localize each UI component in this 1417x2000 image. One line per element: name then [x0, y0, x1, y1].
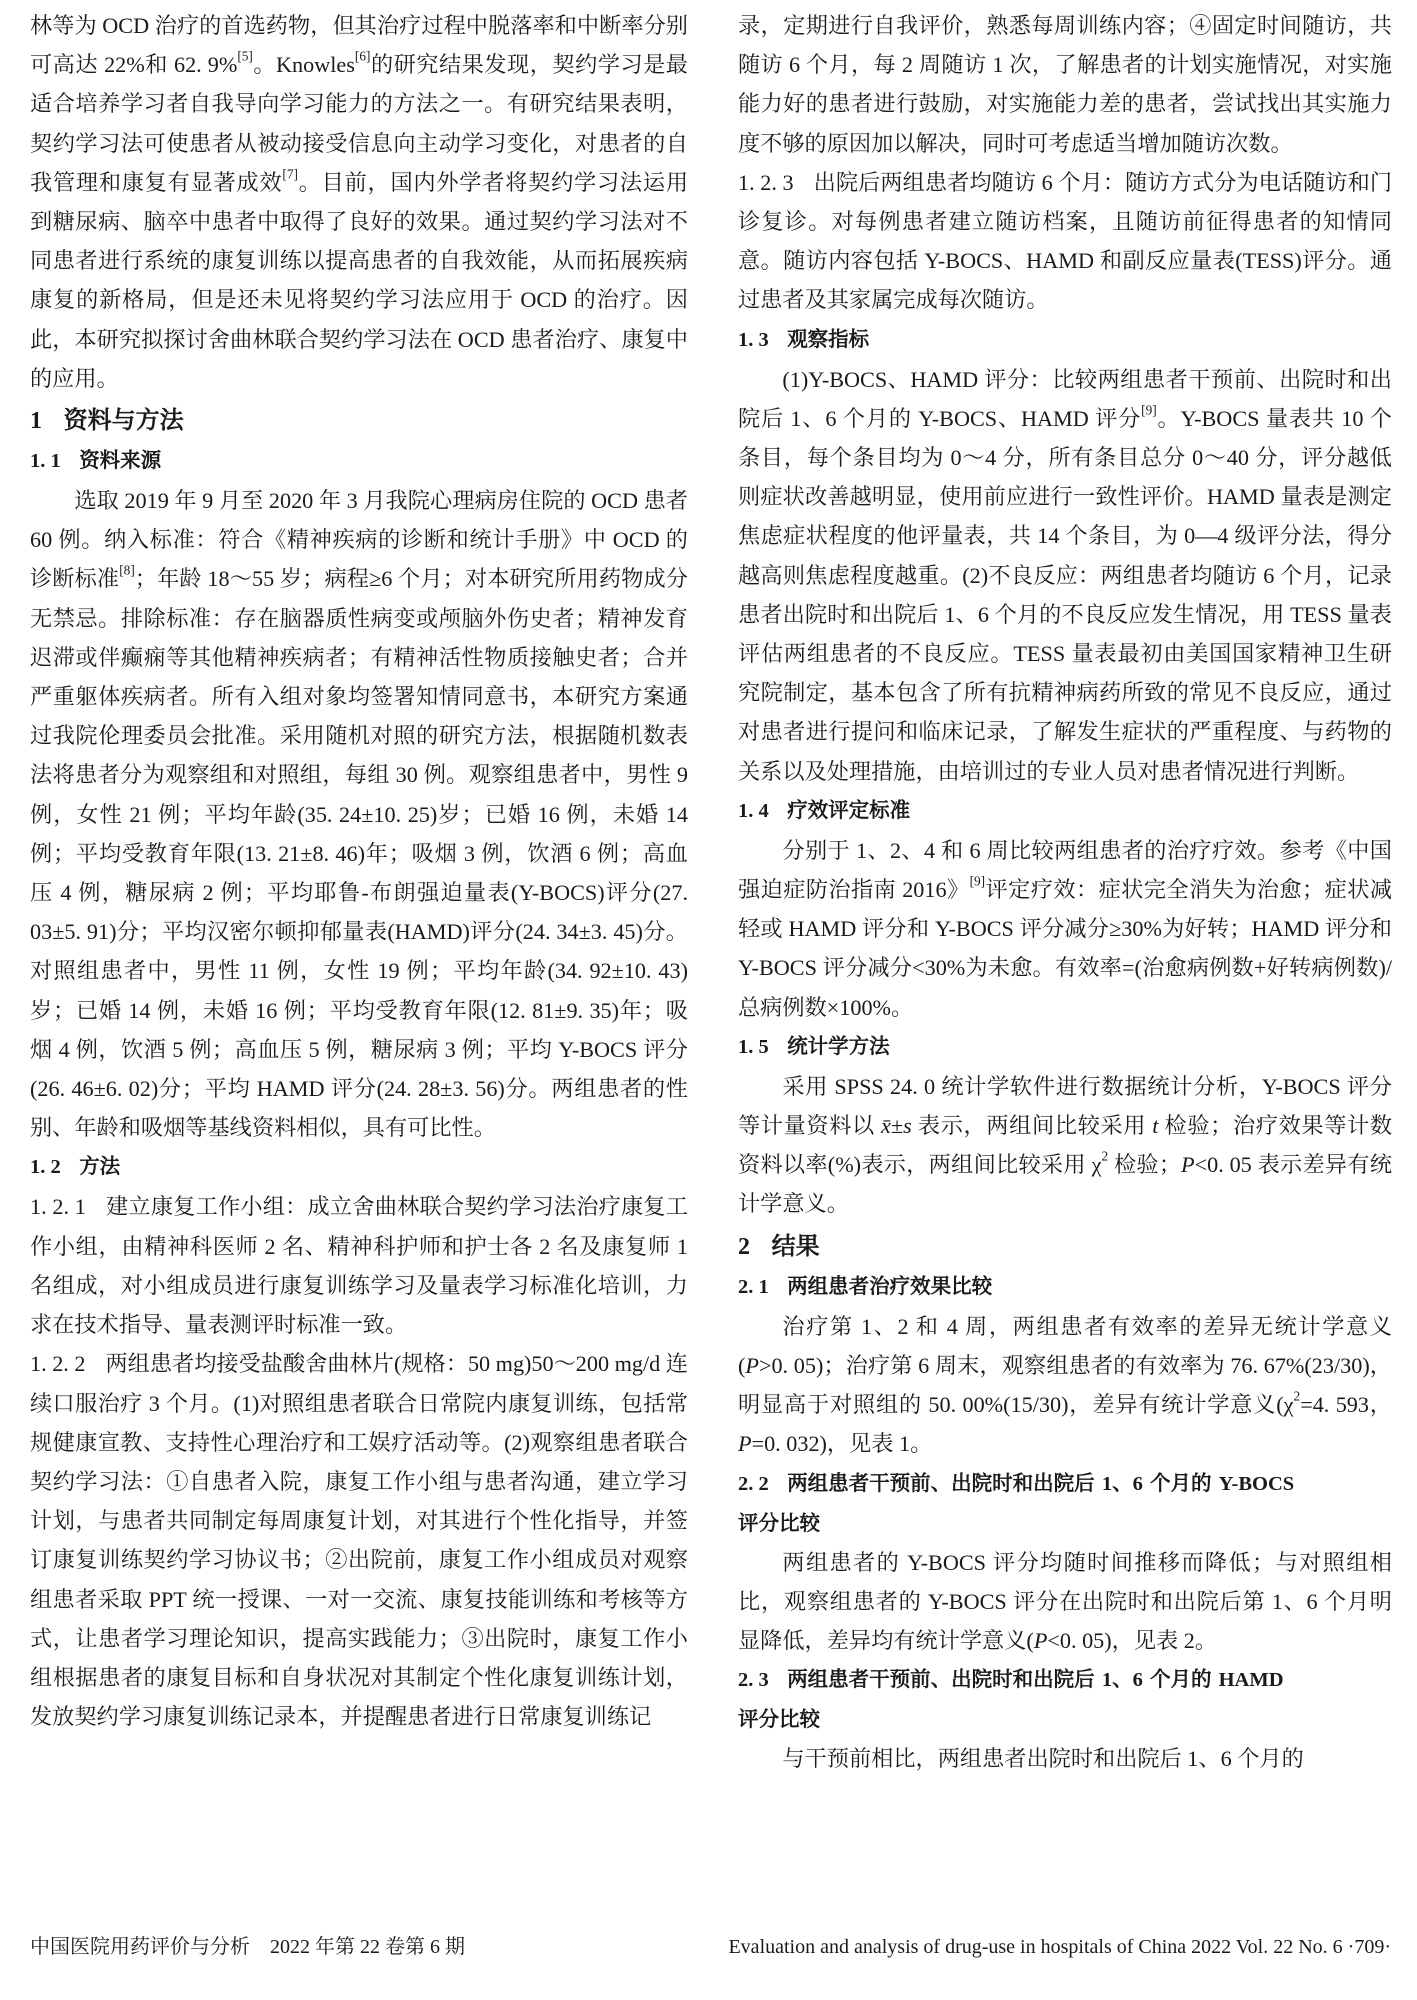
- math-p: P: [1181, 1152, 1195, 1177]
- text: =4. 593，: [1300, 1392, 1392, 1417]
- citation[interactable]: [9]: [970, 874, 986, 889]
- section-title: Y-BOCS: [1219, 1473, 1295, 1495]
- paragraph-1-2-2-continued: 录，定期进行自我评价，熟悉每周训练内容；④固定时间随访，共随访 6 个月，每 2…: [738, 6, 1392, 163]
- text: >0. 05)；治疗第 6 周末，观察组患者的有效率为 76. 67%(23/3…: [738, 1353, 1392, 1417]
- section-title: 两组患者治疗效果比较: [787, 1274, 992, 1298]
- section-title: 1、6: [1102, 1669, 1143, 1691]
- paragraph-2-2: 两组患者的 Y-BOCS 评分均随时间推移而降低；与对照组相比，观察组患者的 Y…: [738, 1543, 1392, 1661]
- paragraph-1-5: 采用 SPSS 24. 0 统计学软件进行数据统计分析，Y-BOCS 评分等计量…: [738, 1067, 1392, 1224]
- section-title: 观察指标: [787, 327, 869, 351]
- intro-paragraph: 林等为 OCD 治疗的首选药物，但其治疗过程中脱落率和中断率分别可高达 22%和…: [30, 6, 688, 398]
- section-title: 两组患者干预前、出院时和出院后: [787, 1471, 1102, 1495]
- paragraph-1-2-2: 1. 2. 2两组患者均接受盐酸舍曲林片(规格：50 mg)50～200 mg/…: [30, 1344, 688, 1736]
- subsection-number: 1. 2. 2: [30, 1351, 85, 1376]
- section-number: 1. 4: [738, 800, 769, 822]
- section-title: 1、6: [1102, 1473, 1143, 1495]
- text: 建立康复工作小组：成立舍曲林联合契约学习法治疗康复工作小组，由精神科医师 2 名…: [30, 1194, 688, 1337]
- paragraph-2-1: 治疗第 1、2 和 4 周，两组患者有效率的差异无统计学意义(P>0. 05)；…: [738, 1307, 1392, 1464]
- subsection-number: 1. 2. 1: [30, 1194, 86, 1219]
- section-title: 个月的: [1143, 1667, 1219, 1691]
- section-heading-2: 2结果: [738, 1226, 1392, 1267]
- section-number: 2: [738, 1234, 750, 1260]
- subsection-number: 1. 2. 3: [738, 170, 794, 195]
- section-number: 1. 1: [30, 450, 61, 472]
- text: <0. 05)，见表 2。: [1047, 1628, 1217, 1653]
- section-title: 资料来源: [79, 448, 161, 472]
- right-column: 录，定期进行自我评价，熟悉每周训练内容；④固定时间随访，共随访 6 个月，每 2…: [738, 6, 1392, 1778]
- section-heading-1-1: 1. 1资料来源: [30, 441, 688, 481]
- text: 检验；: [1108, 1152, 1181, 1177]
- section-title: 方法: [79, 1154, 120, 1178]
- section-heading-1-5: 1. 5统计学方法: [738, 1027, 1392, 1067]
- journal-footer-english: Evaluation and analysis of drug-use in h…: [728, 1932, 1391, 1962]
- section-title: 个月的: [1143, 1471, 1219, 1495]
- section-number: 1. 2: [30, 1156, 61, 1178]
- math-mean-sd: x̄±s: [881, 1113, 912, 1138]
- section-number: 2. 1: [738, 1276, 769, 1298]
- paragraph-2-3: 与干预前相比，两组患者出院时和出院后 1、6 个月的: [738, 1739, 1392, 1778]
- paragraph-1-1: 选取 2019 年 9 月至 2020 年 3 月我院心理病房住院的 OCD 患…: [30, 481, 688, 1147]
- paragraph-1-4: 分别于 1、2、4 和 6 周比较两组患者的治疗疗效。参考《中国强迫症防治指南 …: [738, 831, 1392, 1027]
- text: =0. 032)，见表 1。: [752, 1431, 933, 1456]
- section-title: 资料与方法: [64, 406, 184, 434]
- citation[interactable]: [6]: [355, 49, 371, 64]
- text: 出院后两组患者均随访 6 个月：随访方式分为电话随访和门诊复诊。对每例患者建立随…: [738, 170, 1392, 313]
- section-title: 两组患者干预前、出院时和出院后: [787, 1667, 1102, 1691]
- section-number: 1. 5: [738, 1036, 769, 1058]
- section-number: 2. 3: [738, 1669, 769, 1691]
- section-title: 统计学方法: [787, 1034, 890, 1058]
- section-heading-2-1: 2. 1两组患者治疗效果比较: [738, 1267, 1392, 1307]
- section-heading-1-2: 1. 2方法: [30, 1147, 688, 1187]
- math-p: P: [738, 1431, 752, 1456]
- section-heading-1: 1资料与方法: [30, 400, 688, 441]
- math-p: P: [1034, 1628, 1048, 1653]
- paragraph-1-3: (1)Y-BOCS、HAMD 评分：比较两组患者干预前、出院时和出院后 1、6 …: [738, 360, 1392, 791]
- paragraph-1-2-1: 1. 2. 1建立康复工作小组：成立舍曲林联合契约学习法治疗康复工作小组，由精神…: [30, 1187, 688, 1344]
- text: 。目前，国内外学者将契约学习法运用到糖尿病、脑卒中患者中取得了良好的效果。通过契…: [30, 170, 688, 391]
- section-title: 结果: [772, 1232, 820, 1260]
- section-title: HAMD: [1219, 1669, 1284, 1691]
- section-heading-1-3: 1. 3观察指标: [738, 320, 1392, 360]
- text: 。Y-BOCS 量表共 10 个条目，每个条目均为 0～4 分，所有条目总分 0…: [738, 406, 1392, 784]
- citation[interactable]: [7]: [282, 167, 298, 182]
- section-number: 2. 2: [738, 1473, 769, 1495]
- citation[interactable]: [5]: [237, 49, 253, 64]
- text: ；年龄 18～55 岁；病程≥6 个月；对本研究所用药物成分无禁忌。排除标准：存…: [30, 566, 688, 1140]
- text: 。Knowles: [253, 52, 355, 77]
- section-title: 疗效评定标准: [787, 798, 910, 822]
- section-title: 评分比较: [738, 1511, 820, 1535]
- section-heading-2-2: 2. 2两组患者干预前、出院时和出院后 1、6 个月的 Y-BOCS评分比较: [738, 1464, 1392, 1543]
- left-column: 林等为 OCD 治疗的首选药物，但其治疗过程中脱落率和中断率分别可高达 22%和…: [30, 6, 688, 1736]
- math-p: P: [745, 1353, 759, 1378]
- citation[interactable]: [9]: [1141, 403, 1157, 418]
- section-number: 1: [30, 408, 42, 434]
- section-title: 评分比较: [738, 1707, 820, 1731]
- section-heading-1-4: 1. 4疗效评定标准: [738, 791, 1392, 831]
- text: 两组患者均接受盐酸舍曲林片(规格：50 mg)50～200 mg/d 连续口服治…: [30, 1351, 688, 1729]
- citation[interactable]: [8]: [119, 563, 135, 578]
- section-heading-2-3: 2. 3两组患者干预前、出院时和出院后 1、6 个月的 HAMD评分比较: [738, 1660, 1392, 1739]
- text: 表示，两组间比较采用: [912, 1113, 1152, 1138]
- paragraph-1-2-3: 1. 2. 3出院后两组患者均随访 6 个月：随访方式分为电话随访和门诊复诊。对…: [738, 163, 1392, 320]
- section-number: 1. 3: [738, 329, 769, 351]
- journal-footer-chinese: 中国医院用药评价与分析 2022 年第 22 卷第 6 期: [30, 1932, 465, 1962]
